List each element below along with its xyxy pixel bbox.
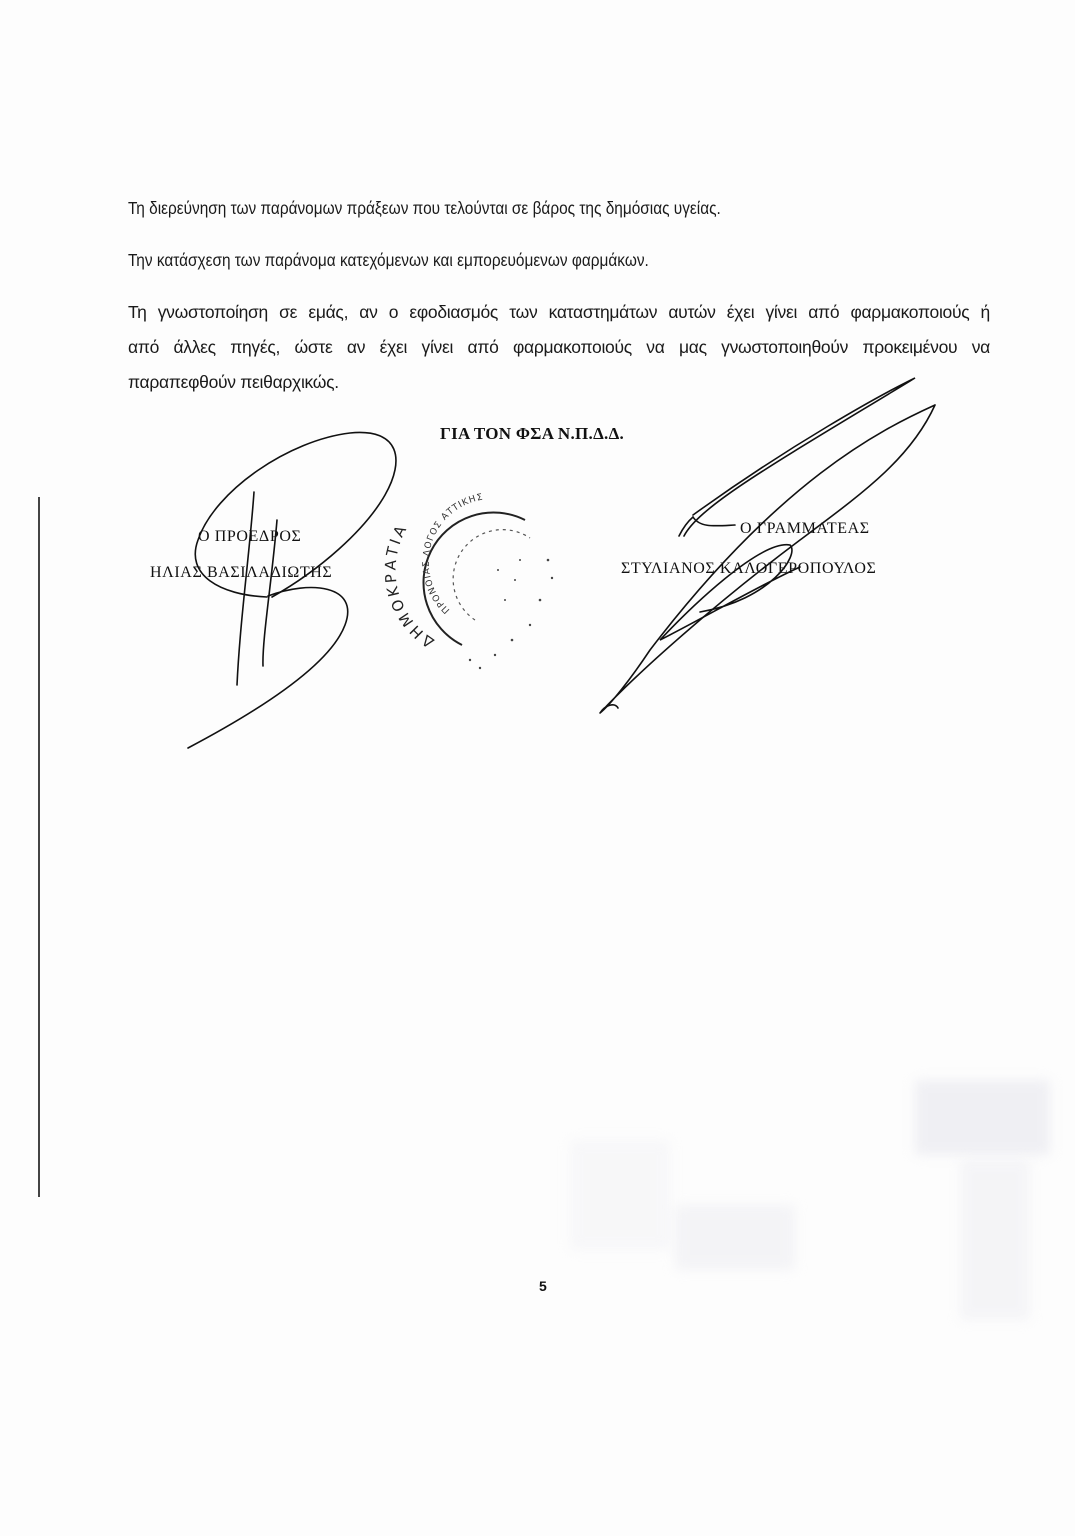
secretary-signature (0, 0, 1075, 1536)
page-number: 5 (539, 1278, 547, 1294)
